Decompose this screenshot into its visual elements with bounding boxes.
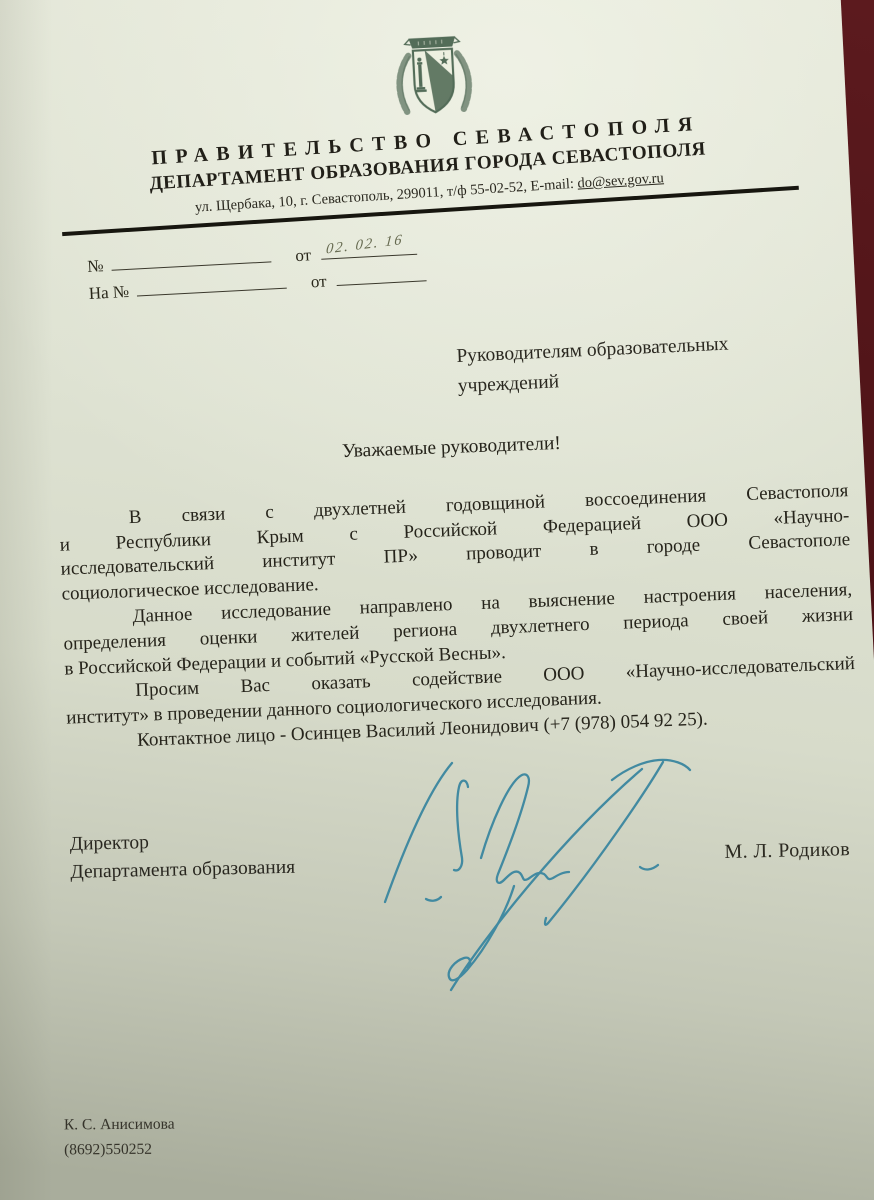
sevastopol-coat-of-arms-icon xyxy=(389,32,480,130)
banner-icon xyxy=(409,37,454,48)
number-label: № xyxy=(87,256,104,277)
reply-number-label: На № xyxy=(88,282,129,304)
letter-body: Уважаемые руководители! В связи с двухле… xyxy=(56,421,857,756)
email-link: do@sev.gov.ru xyxy=(577,170,664,191)
reference-block: № от 02. 02. 16 На № от xyxy=(87,235,509,311)
letter-content: ПРАВИТЕЛЬСТВО СЕВАСТОПОЛЯ ДЕПАРТАМЕНТ ОБ… xyxy=(0,0,874,1200)
date-line: 02. 02. 16 xyxy=(321,240,418,260)
handwritten-signature xyxy=(366,742,714,1018)
executor-phone: (8692)550252 xyxy=(64,1137,175,1163)
addressee-block: Руководителям образовательных учреждений xyxy=(456,326,808,402)
number-blank-line xyxy=(111,247,272,270)
executor-block: К. С. Анисимова (8692)550252 xyxy=(64,1112,175,1163)
signer-name: М. Л. Родиков xyxy=(724,835,850,866)
date-label: от xyxy=(295,245,312,266)
photographed-letter: { "page":{ "backdrop_color":"#4a1115", "… xyxy=(0,0,874,1200)
reply-date-label: от xyxy=(310,272,327,293)
executor-name: К. С. Анисимова xyxy=(64,1112,175,1138)
salutation: Уважаемые руководители! xyxy=(56,421,846,475)
reply-date-blank-line xyxy=(336,266,427,286)
handwritten-date: 02. 02. 16 xyxy=(325,232,404,259)
